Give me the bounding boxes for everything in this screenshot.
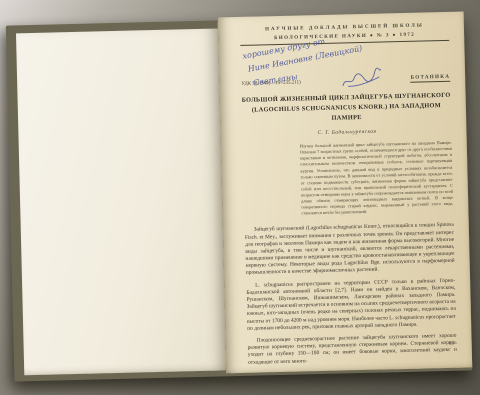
open-journal-book: НАУЧНЫЕ ДОКЛАДЫ ВЫСШЕЙ ШКОЛЫ БИОЛОГИЧЕСК… [4,6,475,385]
blank-left-page [16,28,226,375]
photo-backdrop: НАУЧНЫЕ ДОКЛАДЫ ВЫСШЕЙ ШКОЛЫ БИОЛОГИЧЕСК… [0,0,480,395]
dedication-line-2: Нине Ивановне (Левицкой) [247,44,363,74]
page-content: НАУЧНЫЕ ДОКЛАДЫ ВЫСШЕЙ ШКОЛЫ БИОЛОГИЧЕСК… [240,23,457,365]
author-name: С. Т. Бадальчуренская [242,127,451,138]
body-paragraph-1: Зайцегуб шугнанский (Lagochilus schugnan… [245,222,455,277]
body-paragraph-2: L. schugnanicus распространен на террито… [246,277,456,332]
body-paragraph-3: Плодоносящее средневозрастное растение з… [247,333,457,367]
article-title: БОЛЬШОЙ ЖИЗНЕННЫЙ ЦИКЛ ЗАЙЦЕГУБА ШУГНАНС… [242,91,452,126]
article-title-page: НАУЧНЫЕ ДОКЛАДЫ ВЫСШЕЙ ШКОЛЫ БИОЛОГИЧЕСК… [218,11,473,373]
udc-code: УДК 581.549(—15+235.211) [241,80,301,86]
section-rubric: БОТАНИКА [411,74,451,83]
udc-rubric-row: УДК 581.549(—15+235.211) БОТАНИКА [241,74,450,87]
journal-series-header: НАУЧНЫЕ ДОКЛАДЫ ВЫСШЕЙ ШКОЛЫ [240,23,449,33]
journal-issue-header: БИОЛОГИЧЕСКИЕ НАУКИ ● № 3 ● 1972 [240,32,449,46]
abstract-text: Изучен большой жизненный цикл зайцегуба … [300,140,454,217]
page-number: 85 [449,342,454,347]
